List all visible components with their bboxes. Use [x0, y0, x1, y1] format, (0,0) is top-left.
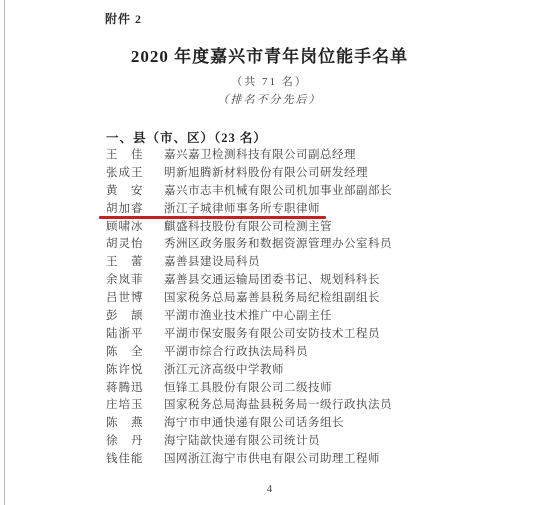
list-item: 庄培玉国家税务总局海盐县税务局一级行政执法员 [106, 397, 519, 415]
entry-name: 钱佳能 [106, 451, 152, 469]
entry-name: 胡灵怡 [106, 236, 152, 254]
list-item: 陆浙平平湖市保安服务有限公司安防技术工程员 [106, 326, 519, 344]
entry-name: 彭 颉 [106, 308, 152, 326]
entry-title: 秀洲区政务服务和数据资源管理办公室科员 [164, 238, 392, 250]
list-item: 徐 丹海宁陆歆快递有限公司统计员 [106, 433, 519, 451]
list-item: 顾啸冰麒盛科技股份有限公司检测主管 [106, 219, 519, 237]
page-number: 4 [0, 483, 539, 495]
entry-name: 陈 燕 [106, 415, 152, 433]
entry-list: 王 佳嘉兴嘉卫检测科技有限公司副总经理张成王明新旭腾新材料股份有限公司研发经理黄… [106, 147, 519, 469]
subtitle-count: （共 71 名） [0, 73, 539, 89]
entry-name: 黄 安 [106, 183, 152, 201]
attachment-label: 附件 2 [105, 10, 142, 27]
entry-title: 嘉善县建设局科员 [164, 256, 260, 268]
list-item: 陈 全平湖市综合行政执法局科员 [106, 344, 519, 362]
entry-title: 海宁陆歆快递有限公司统计员 [164, 435, 320, 447]
entry-title: 平湖市保安服务有限公司安防技术工程员 [164, 328, 380, 340]
entry-title: 浙江元济高级中学教师 [164, 364, 284, 376]
list-item: 陈 燕海宁市申通快递有限公司话务组长 [106, 415, 519, 433]
list-item: 张成王明新旭腾新材料股份有限公司研发经理 [106, 165, 519, 183]
entry-name: 王 佳 [106, 147, 152, 165]
list-item: 王 佳嘉兴嘉卫检测科技有限公司副总经理 [106, 147, 519, 165]
entry-name: 陈许悦 [106, 362, 152, 380]
entry-name: 余岚菲 [106, 272, 152, 290]
entry-name: 徐 丹 [106, 433, 152, 451]
entry-title: 恒锋工具股份有限公司二级技师 [164, 382, 332, 394]
entry-title: 国家税务总局嘉善县税务局纪检组副组长 [164, 292, 380, 304]
entry-name: 蒋腾迅 [106, 380, 152, 398]
entry-name: 陆浙平 [106, 326, 152, 344]
list-item: 黄 安嘉兴市志丰机械有限公司机加事业部副部长 [106, 183, 519, 201]
list-item: 胡加睿浙江子城律师事务所专职律师 [106, 201, 519, 219]
entry-title: 海宁市申通快递有限公司话务组长 [164, 417, 344, 429]
entry-name: 张成王 [106, 165, 152, 183]
list-item: 钱佳能国网浙江海宁市供电有限公司助理工程师 [106, 451, 519, 469]
list-item: 彭 颉平湖市渔业技术推广中心副主任 [106, 308, 519, 326]
entry-title: 平湖市综合行政执法局科员 [164, 346, 308, 358]
entry-name: 陈 全 [106, 344, 152, 362]
entry-title: 嘉兴嘉卫检测科技有限公司副总经理 [164, 149, 356, 161]
list-item: 蒋腾迅恒锋工具股份有限公司二级技师 [106, 380, 519, 398]
list-item: 王 蕾嘉善县建设局科员 [106, 254, 519, 272]
page-title: 2020 年度嘉兴市青年岗位能手名单 [0, 42, 539, 67]
entry-title: 明新旭腾新材料股份有限公司研发经理 [164, 167, 368, 179]
entry-name: 顾啸冰 [106, 219, 152, 237]
entry-name: 庄培玉 [106, 397, 152, 415]
entry-title: 国网浙江海宁市供电有限公司助理工程师 [164, 453, 380, 465]
entry-title: 浙江子城律师事务所专职律师 [164, 203, 320, 215]
entry-title: 平湖市渔业技术推广中心副主任 [164, 310, 332, 322]
entry-name: 吕世博 [106, 290, 152, 308]
entry-title: 嘉兴市志丰机械有限公司机加事业部副部长 [164, 185, 392, 197]
entry-name: 王 蕾 [106, 254, 152, 272]
list-item: 陈许悦浙江元济高级中学教师 [106, 362, 519, 380]
list-item: 吕世博国家税务总局嘉善县税务局纪检组副组长 [106, 290, 519, 308]
subtitle-note: （排名不分先后） [0, 91, 539, 107]
list-item: 胡灵怡秀洲区政务服务和数据资源管理办公室科员 [106, 236, 519, 254]
entry-title: 国家税务总局海盐县税务局一级行政执法员 [164, 399, 392, 411]
entry-title: 嘉善县交通运输局团委书记、规划科科长 [164, 274, 380, 286]
list-item: 余岚菲嘉善县交通运输局团委书记、规划科科长 [106, 272, 519, 290]
entry-title: 麒盛科技股份有限公司检测主管 [164, 221, 332, 233]
section-heading: 一、县（市、区）（23 名） [106, 128, 267, 146]
